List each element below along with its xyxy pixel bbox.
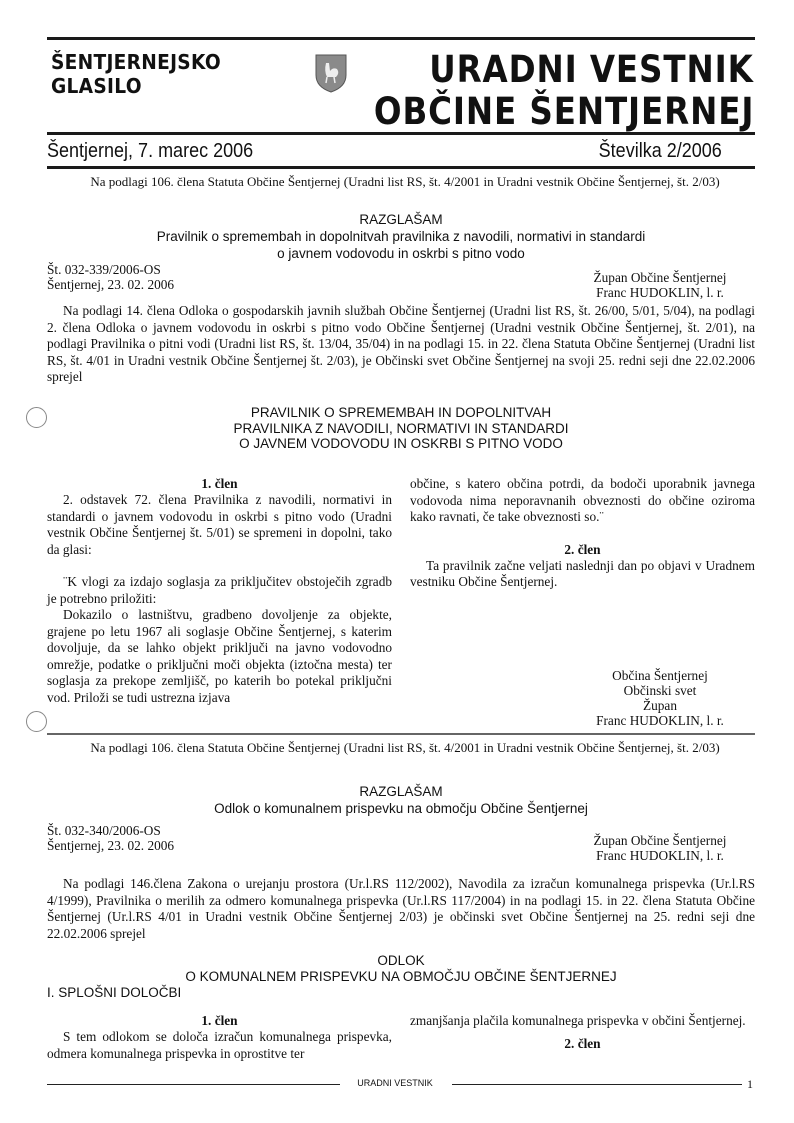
- closing-line1: Občina Šentjernej: [560, 668, 760, 683]
- closing-line3: Župan: [560, 698, 760, 713]
- coat-of-arms-icon: [314, 53, 348, 93]
- article-heading: 2. člen: [410, 1036, 755, 1052]
- subject-1-line2: o javnem vodovodu in oskrbi s pitno vodo: [47, 246, 755, 263]
- column-right-1: občine, s katero občina potrdi, da bodoč…: [410, 476, 755, 591]
- signer-name: Franc HUDOKLIN, l. r.: [560, 848, 760, 863]
- article-paragraph: zmanjšanja plačila komunalnega prispevka…: [410, 1013, 755, 1030]
- footer-label: URADNI VESTNIK: [340, 1078, 450, 1088]
- section-divider: [47, 733, 755, 735]
- dateline-rule: [47, 166, 755, 169]
- document-title-1-line1: PRAVILNIK O SPREMEMBAH IN DOPOLNITVAH: [47, 405, 755, 421]
- chapter-heading: I. SPLOŠNI DOLOČBI: [47, 985, 181, 1000]
- reference-date: Šentjernej, 23. 02. 2006: [47, 277, 174, 292]
- closing-signature-1: Občina Šentjernej Občinski svet Župan Fr…: [560, 668, 760, 728]
- place-date: Šentjernej, 7. marec 2006: [47, 140, 253, 163]
- header-rule: [47, 132, 755, 135]
- preamble-1: Na podlagi 106. člena Statuta Občine Šen…: [60, 174, 750, 191]
- subject-2-line1: Odlok o komunalnem prispevku na območju …: [47, 801, 755, 818]
- document-title-1: PRAVILNIK O SPREMEMBAH IN DOPOLNITVAH PR…: [47, 405, 755, 452]
- masthead-left-line2: GLASILO: [51, 74, 221, 98]
- punch-hole-icon: [26, 407, 47, 428]
- masthead-title-line1: URADNI VESTNIK: [430, 50, 754, 90]
- masthead-left: ŠENTJERNEJSKO GLASILO: [51, 50, 221, 98]
- intro-1: Na podlagi 14. člena Odloka o gospodarsk…: [47, 303, 755, 386]
- article-paragraph: 2. odstavek 72. člena Pravilnika z navod…: [47, 492, 392, 558]
- signature-2: Župan Občine Šentjernej Franc HUDOKLIN, …: [560, 833, 760, 863]
- reference-date: Šentjernej, 23. 02. 2006: [47, 838, 174, 853]
- signer-title: Župan Občine Šentjernej: [560, 833, 760, 848]
- reference-1: Št. 032-339/2006-OS Šentjernej, 23. 02. …: [47, 262, 174, 292]
- document-title-2-line1: ODLOK: [47, 953, 755, 969]
- article-heading: 1. člen: [47, 476, 392, 492]
- article-heading: 2. člen: [410, 542, 755, 558]
- column-left-1: 1. člen 2. odstavek 72. člena Pravilnika…: [47, 476, 392, 706]
- reference-number: Št. 032-340/2006-OS: [47, 823, 174, 838]
- page-number: 1: [747, 1077, 753, 1092]
- footer-rule-left: [47, 1084, 340, 1085]
- document-title-2-line2: O KOMUNALNEM PRISPEVKU NA OBMOČJU OBČINE…: [47, 969, 755, 985]
- signer-name: Franc HUDOKLIN, l. r.: [560, 285, 760, 300]
- closing-line2: Občinski svet: [560, 683, 760, 698]
- footer-rule-right: [452, 1084, 742, 1085]
- closing-line4: Franc HUDOKLIN, l. r.: [560, 713, 760, 728]
- preamble-2: Na podlagi 106. člena Statuta Občine Šen…: [60, 740, 750, 757]
- article-paragraph: Ta pravilnik začne veljati naslednji dan…: [410, 558, 755, 591]
- article-paragraph: S tem odlokom se določa izračun komunaln…: [47, 1029, 392, 1062]
- column-left-2: 1. člen S tem odlokom se določa izračun …: [47, 1013, 392, 1062]
- punch-hole-icon: [26, 711, 47, 732]
- subject-1-line1: Pravilnik o spremembah in dopolnitvah pr…: [47, 229, 755, 246]
- proclaim-2: RAZGLAŠAM: [47, 784, 755, 801]
- masthead-title-line2: OBČINE ŠENTJERNEJ: [374, 92, 754, 132]
- article-heading: 1. člen: [47, 1013, 392, 1029]
- signer-title: Župan Občine Šentjernej: [560, 270, 760, 285]
- issue-number: Številka 2/2006: [599, 140, 722, 163]
- intro-2: Na podlagi 146.člena Zakona o urejanju p…: [47, 876, 755, 942]
- signature-1: Župan Občine Šentjernej Franc HUDOKLIN, …: [560, 270, 760, 300]
- reference-number: Št. 032-339/2006-OS: [47, 262, 174, 277]
- article-paragraph: ¨K vlogi za izdajo soglasja za priključi…: [47, 574, 392, 607]
- document-title-2: ODLOK O KOMUNALNEM PRISPEVKU NA OBMOČJU …: [47, 953, 755, 985]
- article-paragraph: Dokazilo o lastništvu, gradbeno dovoljen…: [47, 607, 392, 706]
- reference-2: Št. 032-340/2006-OS Šentjernej, 23. 02. …: [47, 823, 174, 853]
- document-title-1-line2: PRAVILNIKA Z NAVODILI, NORMATIVI IN STAN…: [47, 421, 755, 437]
- proclaim-1: RAZGLAŠAM: [47, 212, 755, 229]
- top-rule: [47, 37, 755, 40]
- masthead-left-line1: ŠENTJERNEJSKO: [51, 50, 221, 74]
- document-title-1-line3: O JAVNEM VODOVODU IN OSKRBI S PITNO VODO: [47, 436, 755, 452]
- column-right-2: zmanjšanja plačila komunalnega prispevka…: [410, 1013, 755, 1052]
- article-paragraph: občine, s katero občina potrdi, da bodoč…: [410, 476, 755, 526]
